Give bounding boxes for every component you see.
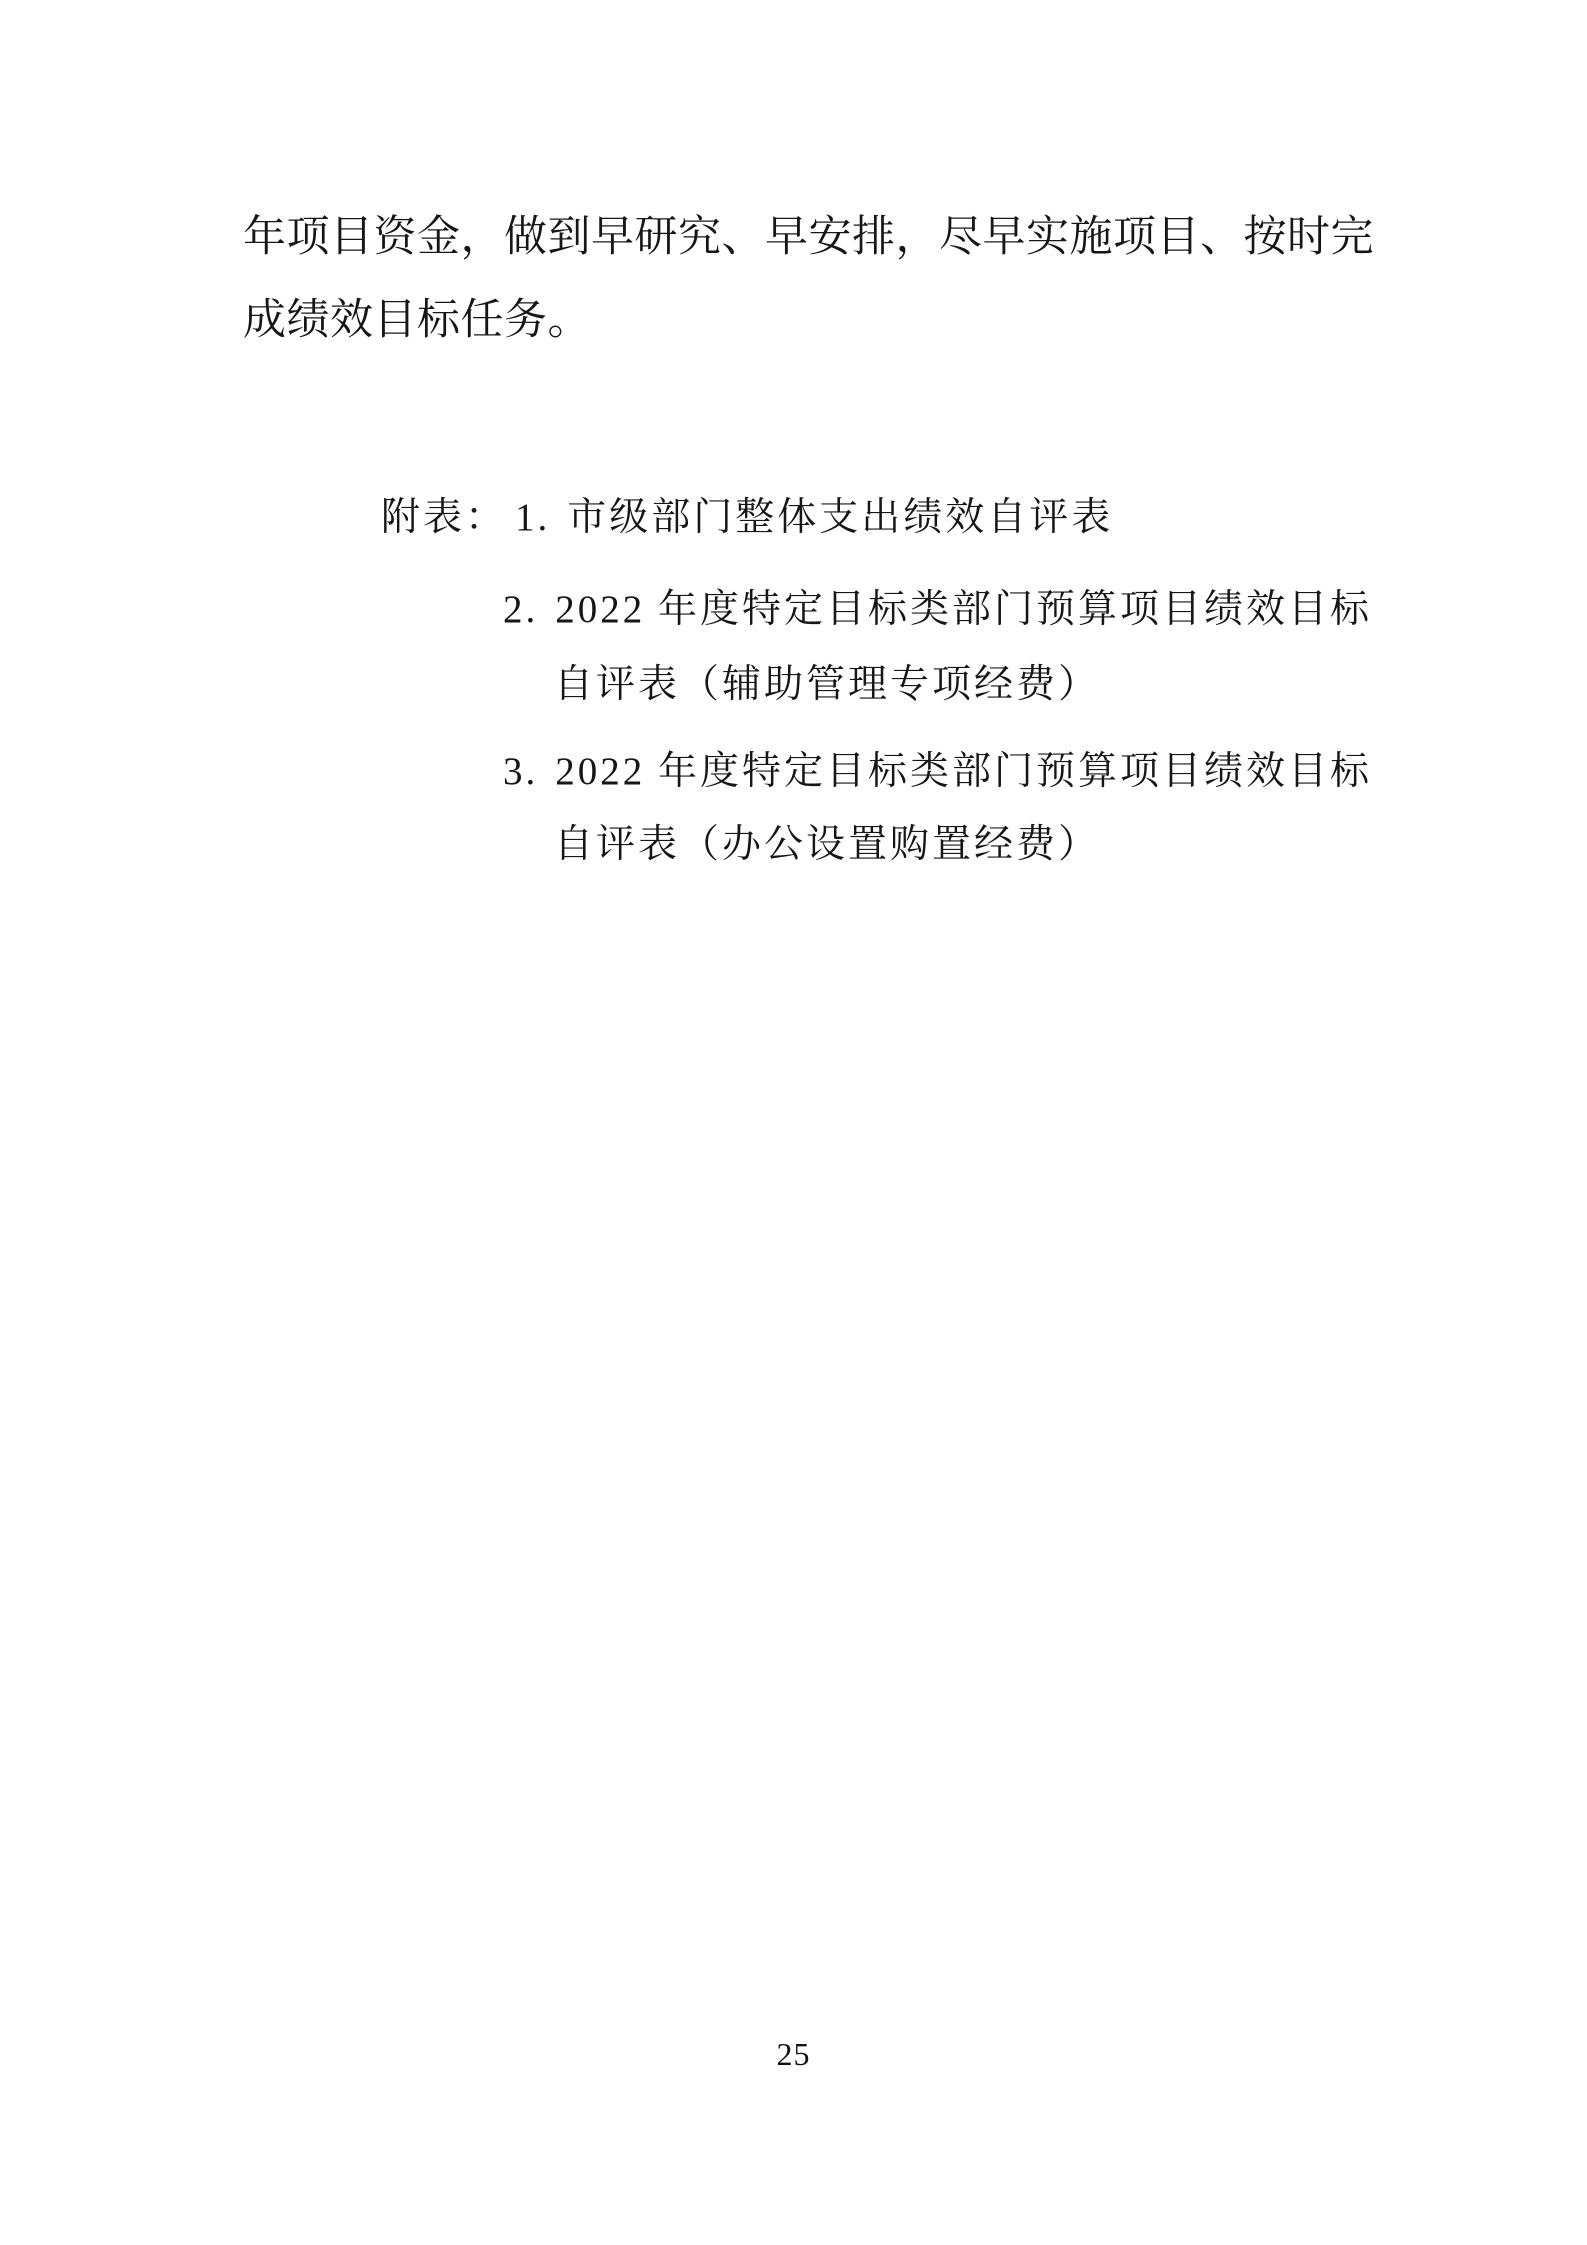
attachment-item-3-line-2: 自评表（办公设置购置经费） (503, 778, 1100, 913)
paragraph-line-2: 成绩效目标任务。 (243, 296, 591, 345)
page-number: 25 (0, 2036, 1587, 2073)
paragraph-line-1: 年项目资金，做到早研究、早安排，尽早实施项目、按时完 (243, 213, 1374, 262)
document-page: 年项目资金，做到早研究、早安排，尽早实施项目、按时完 成绩效目标任务。 附表：1… (0, 0, 1587, 2245)
attachment-item-2-text-line-2: 自评表（辅助管理专项经费） (554, 663, 1100, 706)
attachment-item-1-text: 市级部门整体支出绩效自评表 (567, 496, 1113, 539)
attachment-item-1-number: 1. (515, 496, 550, 539)
attachment-item-3-text-line-2: 自评表（办公设置购置经费） (554, 823, 1100, 866)
attachment-list-label: 附表： (381, 496, 507, 539)
